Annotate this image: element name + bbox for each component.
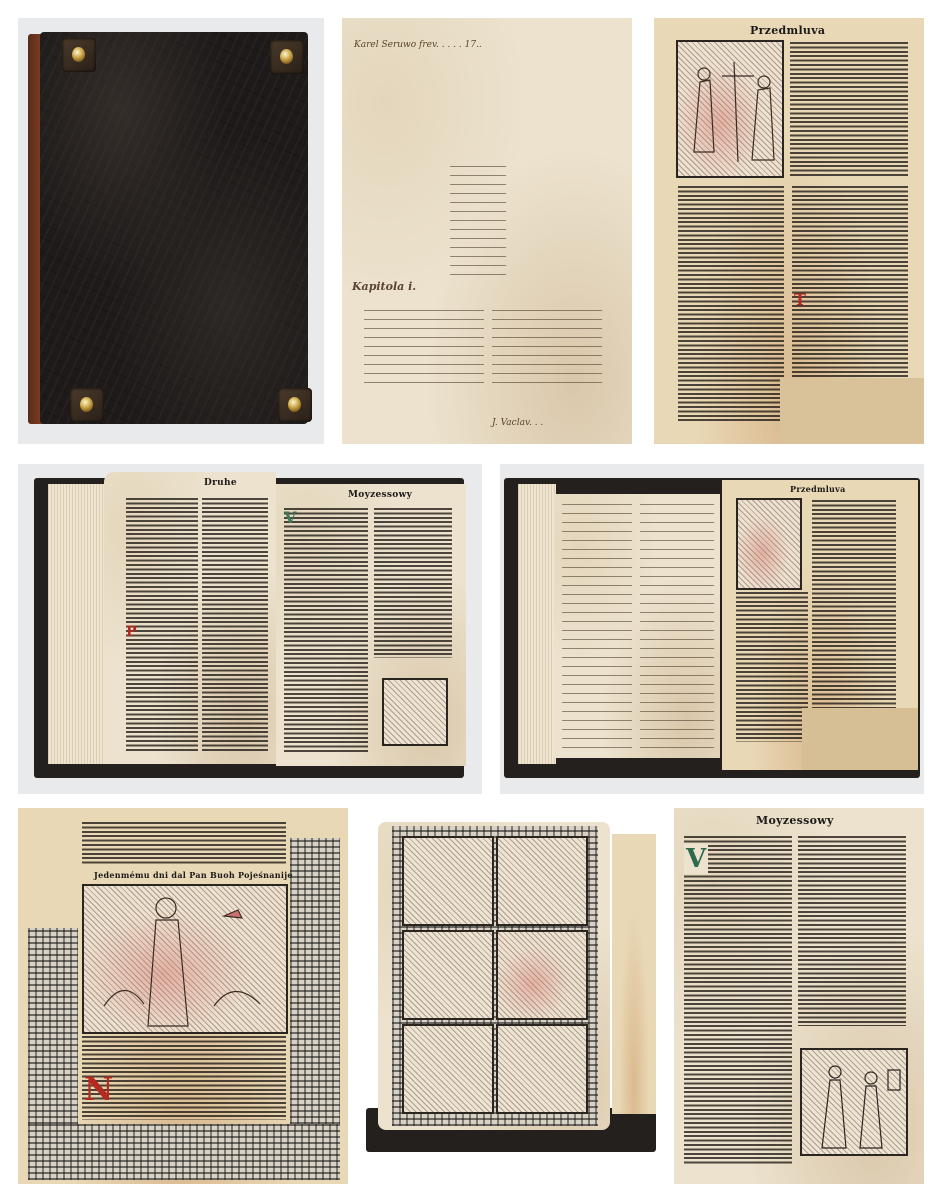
creation-scene-3	[402, 930, 494, 1020]
left-page-heading: Druhe	[204, 478, 237, 488]
open-book-photo-1: Druhe Moyzessowy P V	[18, 464, 482, 794]
creation-woodcuts-photo	[366, 808, 656, 1184]
exodus-page-photo: Moyzessowy V	[674, 808, 924, 1184]
ornamental-border-bottom	[28, 1124, 340, 1180]
right-page-heading: Moyzessowy	[348, 490, 412, 500]
exodus-column-left	[684, 836, 792, 1166]
preface-heading: Przedmluva	[750, 24, 825, 37]
preface-photo: Przedmluva T	[654, 18, 924, 444]
woodcut-illustration	[736, 498, 802, 590]
leather-cover	[40, 32, 308, 424]
right-page-column-1	[284, 508, 368, 752]
creation-caption: Jedenmému dni dal Pan Buoh Pojeśnanije	[94, 870, 293, 880]
exodus-heading: Moyzessowy	[756, 814, 834, 827]
text-column-left	[678, 186, 784, 422]
creation-scene-4	[496, 930, 588, 1020]
creation-scene-1	[402, 836, 494, 926]
facing-page-edge	[612, 834, 656, 1114]
red-initial: P	[126, 624, 137, 640]
left-page-column-2	[202, 498, 268, 752]
manuscript-column-left	[364, 310, 484, 384]
corner-boss-icon	[62, 38, 96, 72]
creation-scene-2	[496, 836, 588, 926]
manuscript-column-right	[492, 310, 602, 384]
woodcut-illustration	[800, 1048, 908, 1156]
creation-scene-6	[496, 1024, 588, 1114]
torn-corner	[802, 708, 918, 770]
ornamental-border-left	[28, 928, 78, 1124]
woodcut-illustration	[382, 678, 448, 746]
figures-icon	[678, 42, 782, 176]
flyleaf-photo: Karel Seruwo frev. . . . . 17.. Kapitola…	[342, 18, 632, 444]
red-initial: T	[794, 290, 806, 309]
corner-boss-icon	[270, 40, 304, 74]
corner-boss-icon	[70, 388, 104, 422]
preface-column-1	[736, 592, 808, 742]
manuscript-column-2	[640, 504, 714, 748]
preface-heading: Przedmluva	[790, 484, 846, 494]
torn-corner	[780, 378, 924, 444]
text-column-top-right	[790, 42, 908, 176]
page-edges	[518, 484, 556, 764]
manuscript-note	[450, 166, 506, 278]
open-book-photo-2: Przedmluva	[500, 464, 924, 794]
cover-photo	[18, 18, 324, 444]
green-initial: V	[284, 508, 296, 527]
figure-with-animals-icon	[84, 886, 286, 1032]
figures-icon	[802, 1050, 906, 1154]
flyleaf-caption: Kapitola i.	[352, 280, 416, 293]
flyleaf-signature: J. Vaclav. . .	[492, 418, 543, 428]
flyleaf-top-note: Karel Seruwo frev. . . . . 17..	[354, 40, 482, 50]
manuscript-column-1	[562, 504, 632, 748]
red-initial: N	[84, 1070, 113, 1108]
genesis-page-photo: Jedenmému dni dal Pan Buoh Pojeśnanije N	[18, 808, 348, 1184]
ornamental-border-right	[290, 838, 340, 1124]
creation-woodcut	[82, 884, 288, 1034]
right-page-column-2	[374, 508, 452, 658]
green-initial: V	[684, 844, 708, 874]
exodus-column-right	[798, 836, 906, 1026]
corner-boss-icon	[278, 388, 312, 422]
top-text	[82, 822, 286, 866]
woodcut-illustration	[676, 40, 784, 178]
creation-scene-5	[402, 1024, 494, 1114]
